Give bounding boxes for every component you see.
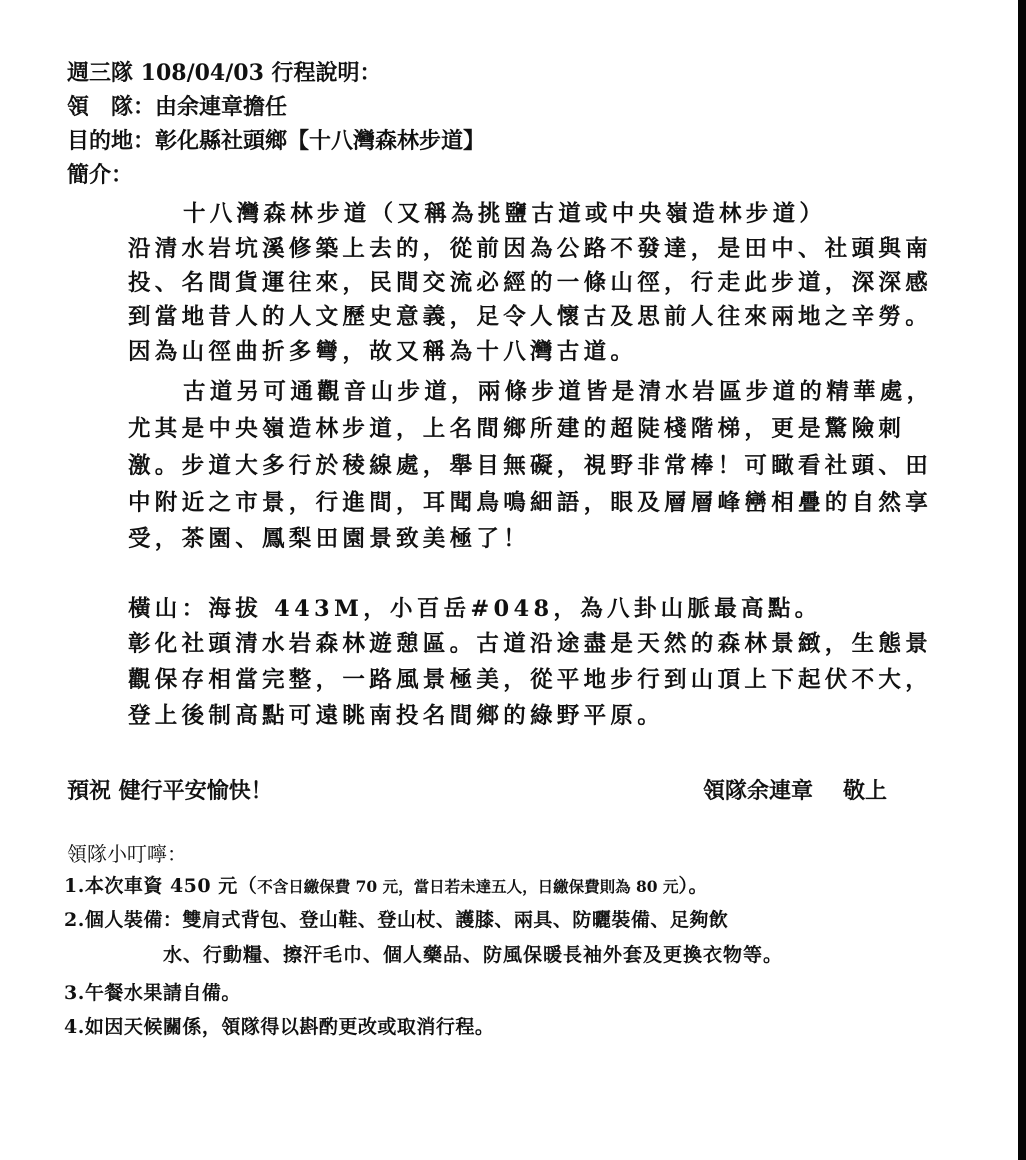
closing-wish: 預祝 健行平安愉快！ xyxy=(67,780,273,802)
tip-1-end: ）。 xyxy=(678,875,708,897)
mountain-info-line: 橫山：海拔 443M，小百岳#048，為八卦山脈最高點。 xyxy=(128,598,821,621)
leader-row: 領 隊：由余連章擔任 xyxy=(67,96,287,118)
intro-p2-line: 激。步道大多行於稜線處，舉目無礙，視野非常棒！可瞰看社頭、田 xyxy=(128,455,932,478)
intro-p2-line: 中附近之市景，行進間，耳聞鳥鳴細語，眼及層層峰巒相疊的自然享 xyxy=(128,492,932,515)
intro-p1-line: 十八灣森林步道（又稱為挑鹽古道或中央嶺造林步道） xyxy=(183,203,826,226)
tip-item-4: 4.如因天候關係，領隊得以斟酌更改或取消行程。 xyxy=(64,1018,494,1037)
destination-value: 彰化縣社頭鄉【十八灣森林步道】 xyxy=(155,128,485,154)
intro-p1-line: 因為山徑曲折多彎，故又稱為十八灣古道。 xyxy=(128,341,637,364)
tip-item-1: 1.本次車資 450 元（不含日繳保費 70 元，當日若未達五人，日繳保費則為 … xyxy=(64,877,708,896)
destination-row: 目的地：彰化縣社頭鄉【十八灣森林步道】 xyxy=(67,130,485,152)
mountain-info-line: 登上後制高點可遠眺南投名間鄉的綠野平原。 xyxy=(128,705,664,728)
signature: 領隊余連章敬上 xyxy=(703,780,887,802)
destination-label: 目的地： xyxy=(67,128,155,154)
itinerary-title: 週三隊 108/04/03 行程說明： xyxy=(67,62,382,84)
tip-1-note: 不含日繳保費 70 元，當日若未達五人，日繳保費則為 80 元 xyxy=(257,877,678,896)
mountain-info-line: 觀保存相當完整，一路風景極美，從平地步行到山頂上下起伏不大， xyxy=(128,669,932,692)
signature-suffix: 敬上 xyxy=(843,778,887,804)
leader-label: 領 隊： xyxy=(67,94,155,120)
tip-item-3: 3.午餐水果請自備。 xyxy=(64,984,241,1003)
intro-p1-line: 到當地昔人的人文歷史意義，足令人懷古及思前人往來兩地之辛勞。 xyxy=(128,306,932,329)
intro-p2-line: 尤其是中央嶺造林步道，上名間鄉所建的超陡棧階梯，更是驚險刺 xyxy=(128,418,905,441)
intro-p2-line: 古道另可通觀音山步道，兩條步道皆是清水岩區步道的精華處， xyxy=(183,381,933,404)
intro-label: 簡介： xyxy=(67,164,133,186)
intro-p1-line: 沿清水岩坑溪修築上去的，從前因為公路不發達，是田中、社頭與南 xyxy=(128,238,932,261)
tip-1-main: 1.本次車資 450 元（ xyxy=(64,875,257,897)
tip-item-2: 2.個人裝備：雙肩式背包、登山鞋、登山杖、護膝、兩具、防曬裝備、足夠飲 xyxy=(64,911,728,930)
intro-p2-line: 受，茶園、鳳梨田園景致美極了！ xyxy=(128,528,530,551)
right-edge-border xyxy=(1018,0,1026,1160)
document-page: 週三隊 108/04/03 行程說明： 領 隊：由余連章擔任 目的地：彰化縣社頭… xyxy=(0,0,1018,1160)
tip-item-2-continued: 水、行動糧、擦汗毛巾、個人藥品、防風保暖長袖外套及更換衣物等。 xyxy=(163,946,783,965)
leader-value: 由余連章擔任 xyxy=(155,94,287,120)
signature-name: 領隊余連章 xyxy=(703,778,813,804)
tips-title: 領隊小叮嚀： xyxy=(67,844,187,864)
mountain-info-line: 彰化社頭清水岩森林遊憩區。古道沿途盡是天然的森林景緻，生態景 xyxy=(128,633,932,656)
intro-p1-line: 投、名間貨運往來，民間交流必經的一條山徑，行走此步道，深深感 xyxy=(128,272,932,295)
